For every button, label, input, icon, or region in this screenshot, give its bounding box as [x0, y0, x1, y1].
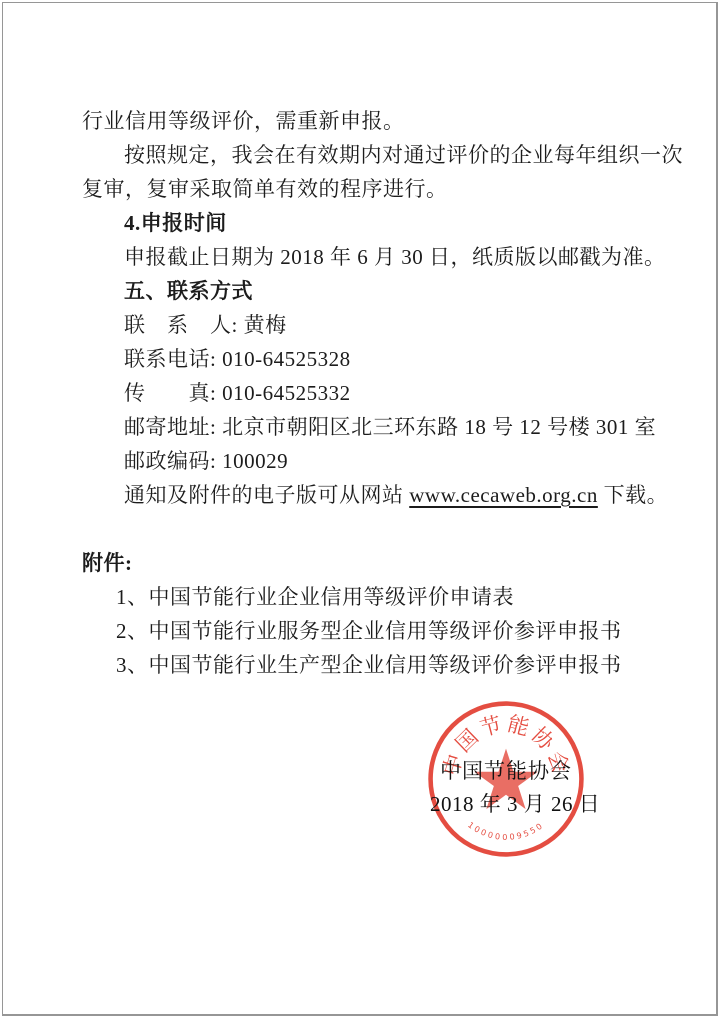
attachment-item: 1、中国节能行业企业信用等级评价申请表 — [82, 580, 648, 614]
mailing-address-line: 邮寄地址: 北京市朝阳区北三环东路 18 号 12 号楼 301 室 — [82, 410, 648, 444]
download-notice-suffix: 下载。 — [598, 483, 668, 507]
download-notice-prefix: 通知及附件的电子版可从网站 — [124, 483, 409, 507]
contact-phone-line: 联系电话: 010-64525328 — [82, 342, 648, 376]
website-link[interactable]: www.cecaweb.org.cn — [409, 483, 598, 507]
signature-date: 2018 年 3 月 26 日 — [430, 788, 600, 818]
attachment-item: 2、中国节能行业服务型企业信用等级评价参评申报书 — [82, 614, 648, 648]
paragraph-line: 行业信用等级评价，需重新申报。 — [82, 104, 648, 138]
blank-line — [82, 512, 648, 546]
postal-code-line: 邮政编码: 100029 — [82, 444, 648, 478]
paragraph-line: 复审，复审采取简单有效的程序进行。 — [82, 172, 648, 206]
signature-org: 中国节能协会 — [440, 755, 572, 785]
paragraph-line: 申报截止日期为 2018 年 6 月 30 日，纸质版以邮戳为准。 — [82, 240, 648, 274]
document-body: 行业信用等级评价，需重新申报。 按照规定，我会在有效期内对通过评价的企业每年组织… — [82, 104, 648, 682]
paragraph-line: 按照规定，我会在有效期内对通过评价的企业每年组织一次 — [82, 138, 648, 172]
attachments-heading: 附件: — [82, 546, 648, 580]
section-heading-contact: 五、联系方式 — [82, 274, 648, 308]
contact-fax-line: 传 真: 010-64525332 — [82, 376, 648, 410]
attachment-item: 3、中国节能行业生产型企业信用等级评价参评申报书 — [82, 648, 648, 682]
document-page: 行业信用等级评价，需重新申报。 按照规定，我会在有效期内对通过评价的企业每年组织… — [2, 2, 718, 1016]
contact-person-line: 联 系 人: 黄梅 — [82, 308, 648, 342]
download-notice-line: 通知及附件的电子版可从网站 www.cecaweb.org.cn 下载。 — [82, 478, 648, 512]
section-heading-application-time: 4.申报时间 — [82, 206, 648, 240]
